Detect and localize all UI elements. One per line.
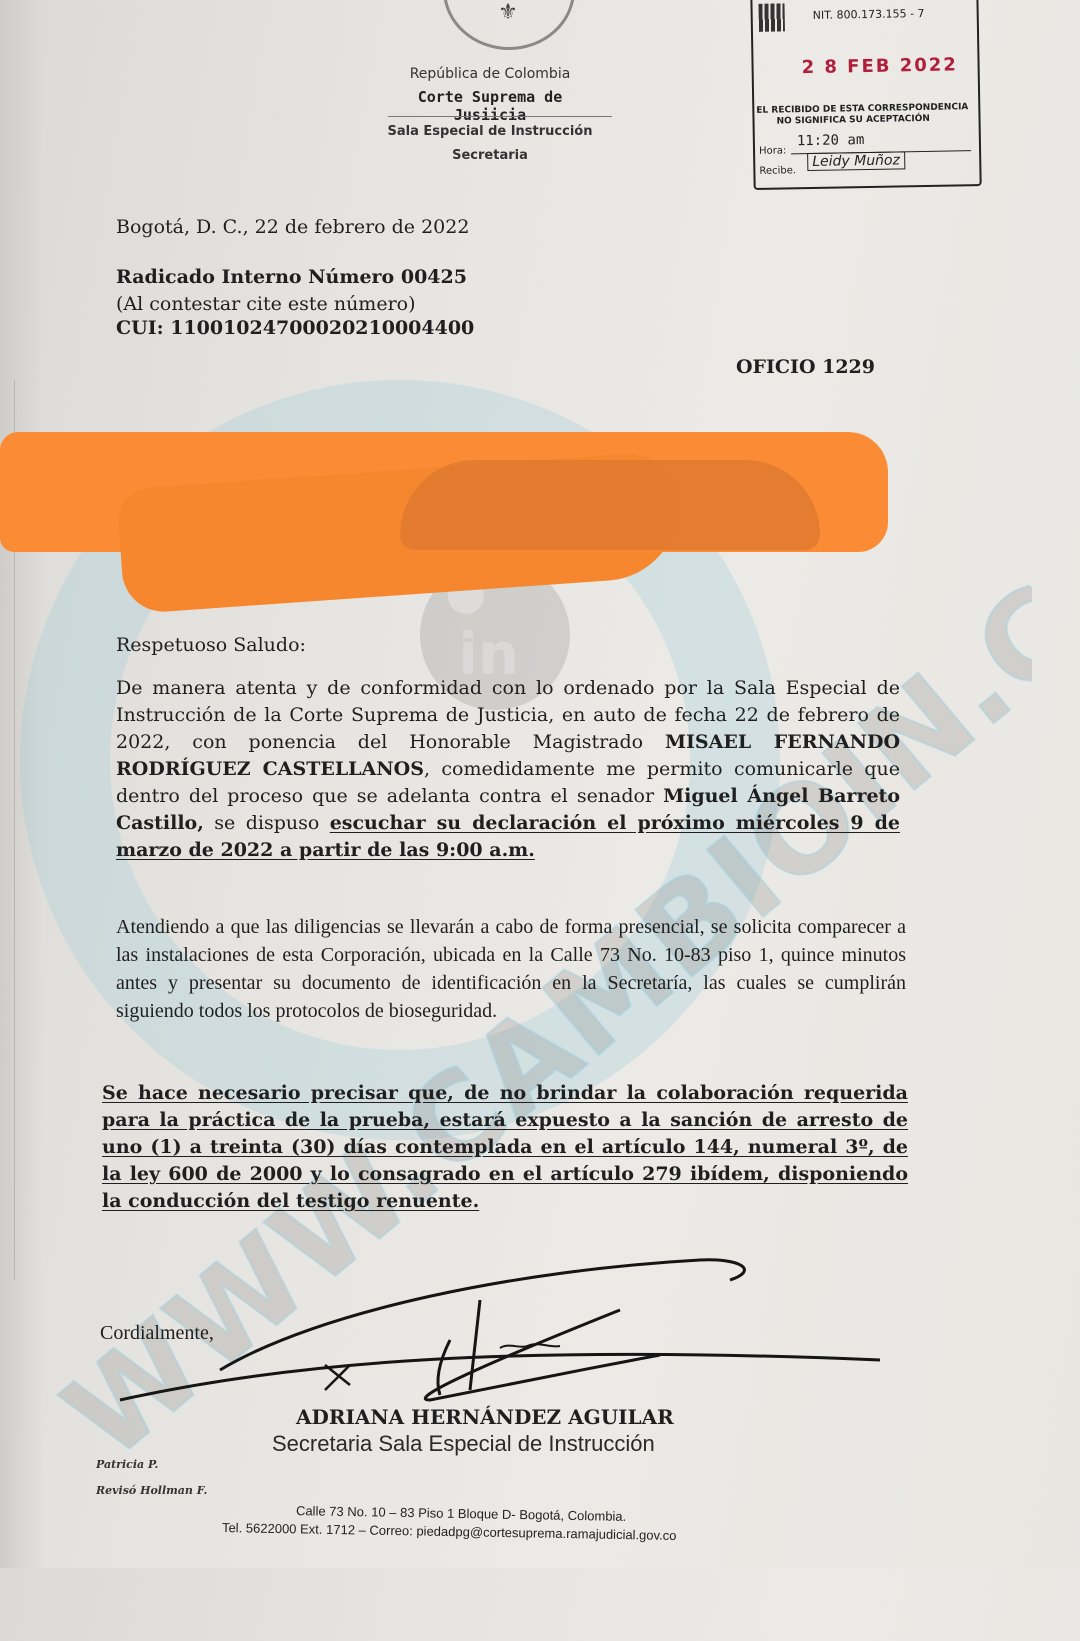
stamp-hora-label: Hora: (759, 145, 786, 156)
signer-role: Secretaria Sala Especial de Instrucción (272, 1431, 655, 1457)
header-court: Corte Suprema de Jusiicia (380, 88, 600, 124)
cui-number: CUI: 11001024700020210004400 (116, 315, 474, 342)
header-chamber: Sala Especial de Instrucción (380, 124, 600, 139)
handwritten-signature (100, 1250, 900, 1420)
reception-stamp: NIT. 800.173.155 - 7 2 8 FEB 2022 EL REC… (750, 0, 981, 190)
paragraph-instructions: Atendiendo a que las diligencias se llev… (116, 913, 906, 1025)
greeting: Respetuoso Saludo: (116, 632, 306, 659)
signer-name: ADRIANA HERNÁNDEZ AGUILAR (296, 1405, 674, 1429)
stamp-note-line1: EL RECIBIDO DE ESTA CORRESPONDENCIA (756, 102, 968, 116)
stamp-note-line2: NO SIGNIFICA SU ACEPTACIÓN (776, 114, 930, 127)
radicado-note: (Al contestar cite este número) (116, 291, 416, 318)
place-date: Bogotá, D. C., 22 de febrero de 2022 (116, 214, 469, 241)
paragraph-summons: De manera atenta y de conformidad con lo… (116, 675, 900, 864)
header-country: República de Colombia (380, 66, 600, 82)
footer-address: Calle 73 No. 10 – 83 Piso 1 Bloque D- Bo… (296, 1503, 626, 1524)
header-office: Secretaria (380, 148, 600, 163)
coat-of-arms-icon: ⚜ (488, 0, 528, 26)
oficio-number: OFICIO 1229 (736, 354, 875, 381)
drafted-by: Patricia P. (96, 1458, 158, 1471)
stamp-logo-icon (758, 3, 784, 31)
stamp-hora-value: 11:20 am (797, 132, 865, 149)
stamp-recibe-label: Recibe. (759, 165, 796, 177)
redaction-overlay-arc (400, 460, 820, 550)
stamp-date: 2 8 FEB 2022 (801, 54, 958, 78)
p1-text-c: se dispuso (204, 812, 330, 834)
reviewed-by: Revisó Hollman F. (96, 1484, 207, 1497)
header-divider (388, 116, 612, 117)
radicado-number: Radicado Interno Número 00425 (116, 264, 467, 291)
paragraph-warning: Se hace necesario precisar que, de no br… (102, 1080, 908, 1215)
stamp-nit: NIT. 800.173.155 - 7 (813, 7, 925, 22)
stamp-recibe-value: Leidy Muñoz (807, 151, 905, 171)
